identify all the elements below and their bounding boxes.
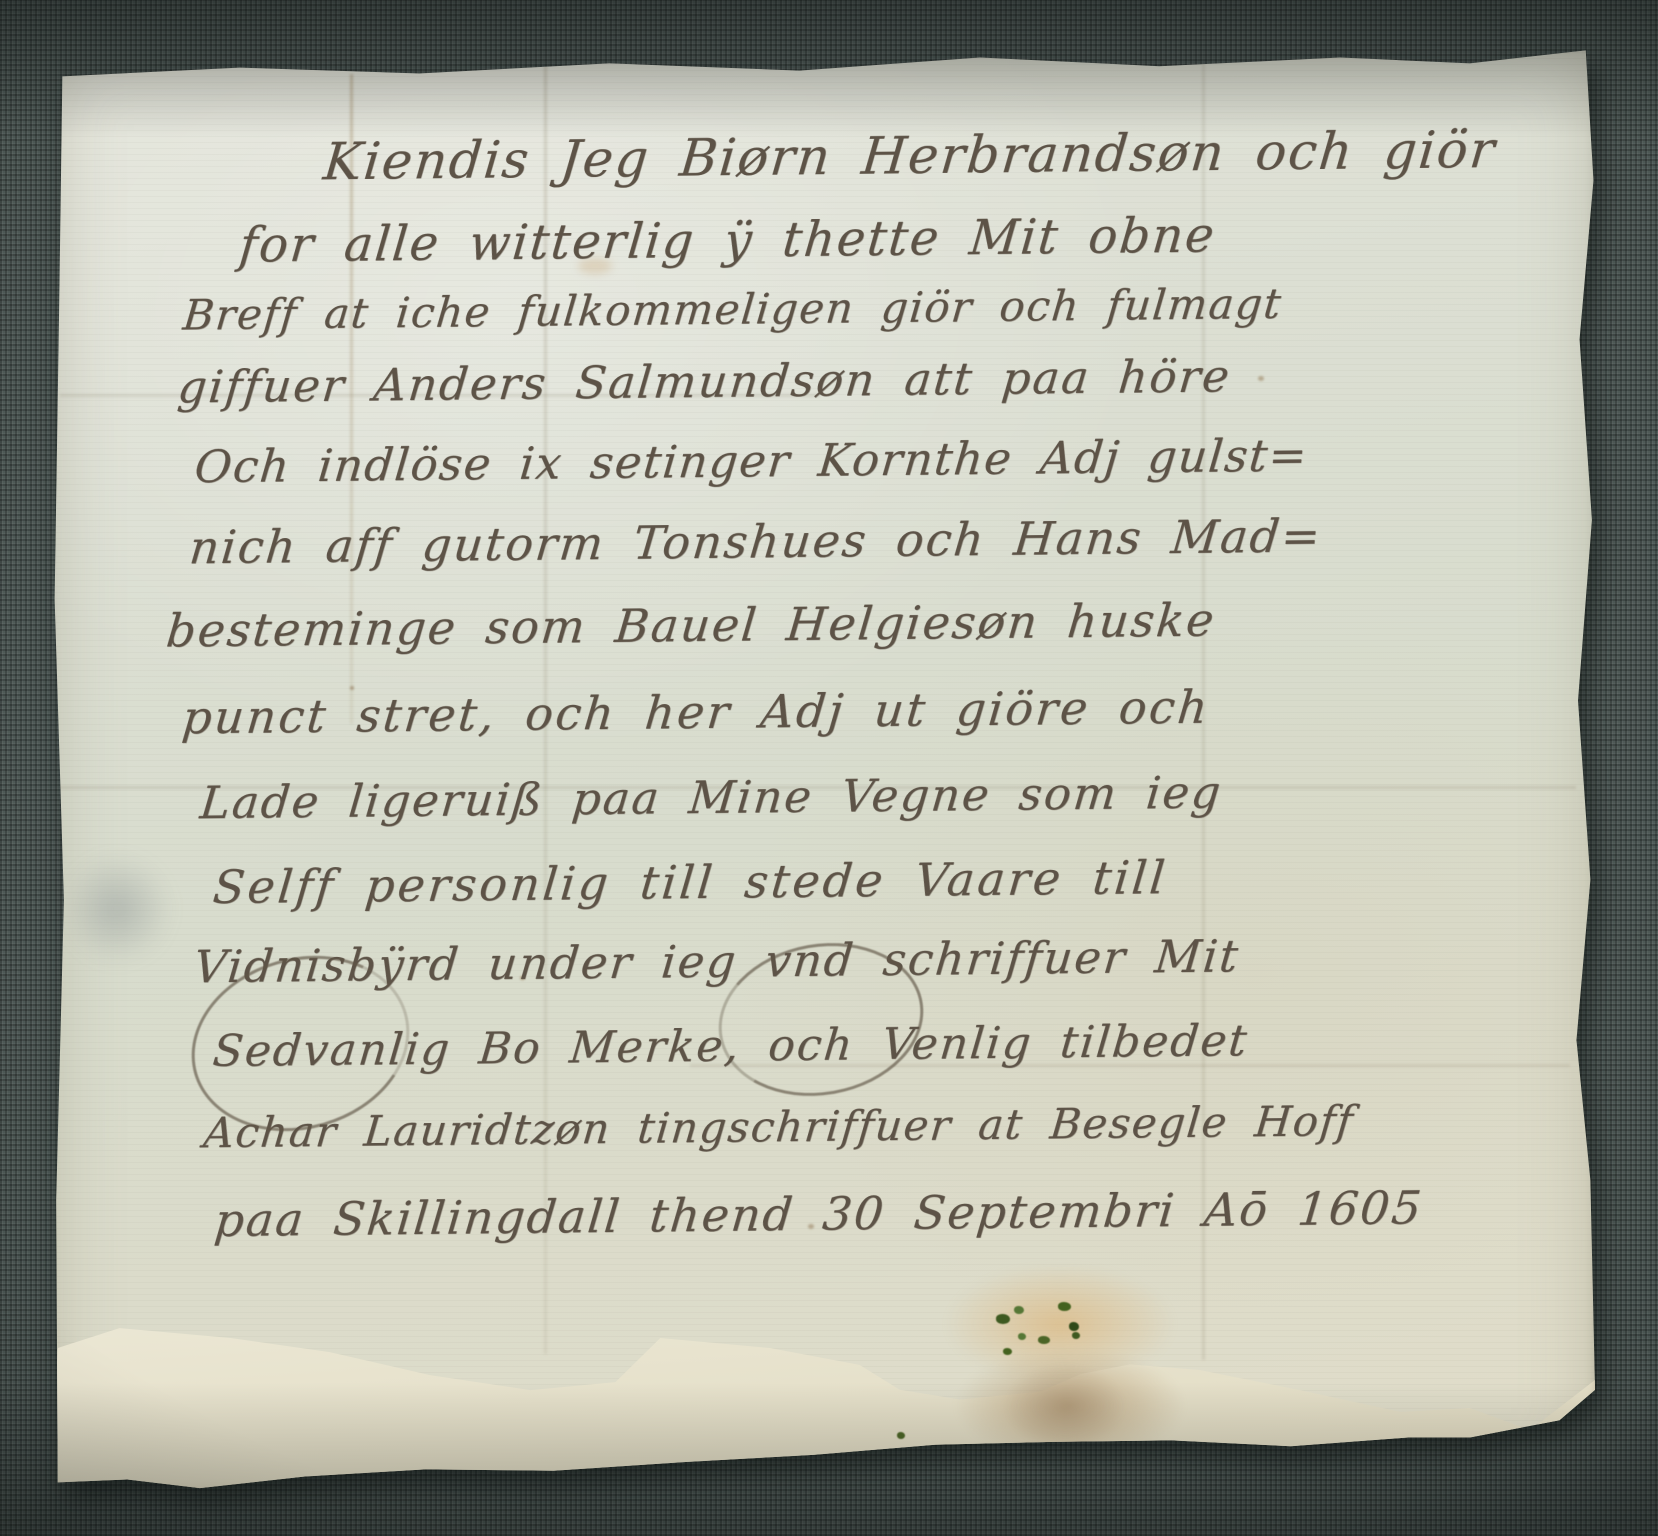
seal-imprint — [1005, 1364, 1125, 1449]
wax-seal-fragment — [897, 1432, 905, 1439]
wax-seal-fragment — [1038, 1336, 1050, 1344]
manuscript-line: Breff at iche fulkommeligen giör och ful… — [181, 279, 1284, 340]
manuscript-line: Lade ligeruiß paa Mine Vegne som ieg — [198, 766, 1225, 830]
manuscript-line: Och indlöse ix setinger Kornthe Adj guls… — [192, 429, 1310, 494]
manuscript-text: Kiendis Jeg Biørn Herbrandsøn och giör f… — [42, 38, 1602, 1499]
archive-photo: Kiendis Jeg Biørn Herbrandsøn och giör f… — [0, 0, 1658, 1536]
wax-seal-fragment — [1058, 1302, 1071, 1311]
wax-seal-fragment — [1003, 1348, 1012, 1355]
manuscript-line: besteminge som Bauel Helgiesøn huske — [164, 593, 1218, 658]
manuscript-page: Kiendis Jeg Biørn Herbrandsøn och giör f… — [50, 46, 1595, 1491]
manuscript-line: Selff personlig till stede Vaare till — [211, 850, 1170, 914]
manuscript-line: Kiendis Jeg Biørn Herbrandsøn och giör — [321, 121, 1499, 192]
manuscript-line: Achar Lauridtzøn tingschriffuer at Beseg… — [201, 1096, 1356, 1157]
manuscript-line: for alle witterlig ÿ thette Mit obne — [237, 208, 1218, 274]
wax-seal-fragment — [1072, 1332, 1080, 1339]
manuscript-line: nich aff gutorm Tonshues och Hans Mad= — [187, 509, 1324, 575]
wax-seal-fragment — [996, 1314, 1010, 1324]
paper-sheet: Kiendis Jeg Biørn Herbrandsøn och giör f… — [50, 46, 1595, 1491]
manuscript-line: paa Skillingdall thend 30 Septembri Aō 1… — [212, 1181, 1425, 1248]
wax-seal-fragment — [1069, 1322, 1079, 1331]
wax-seal-fragment — [1018, 1333, 1026, 1340]
manuscript-line: giffuer Anders Salmundsøn att paa höre — [175, 350, 1233, 414]
wax-seal-fragment — [1014, 1306, 1024, 1314]
manuscript-line: punct stret, och her Adj ut giöre och — [180, 680, 1212, 745]
